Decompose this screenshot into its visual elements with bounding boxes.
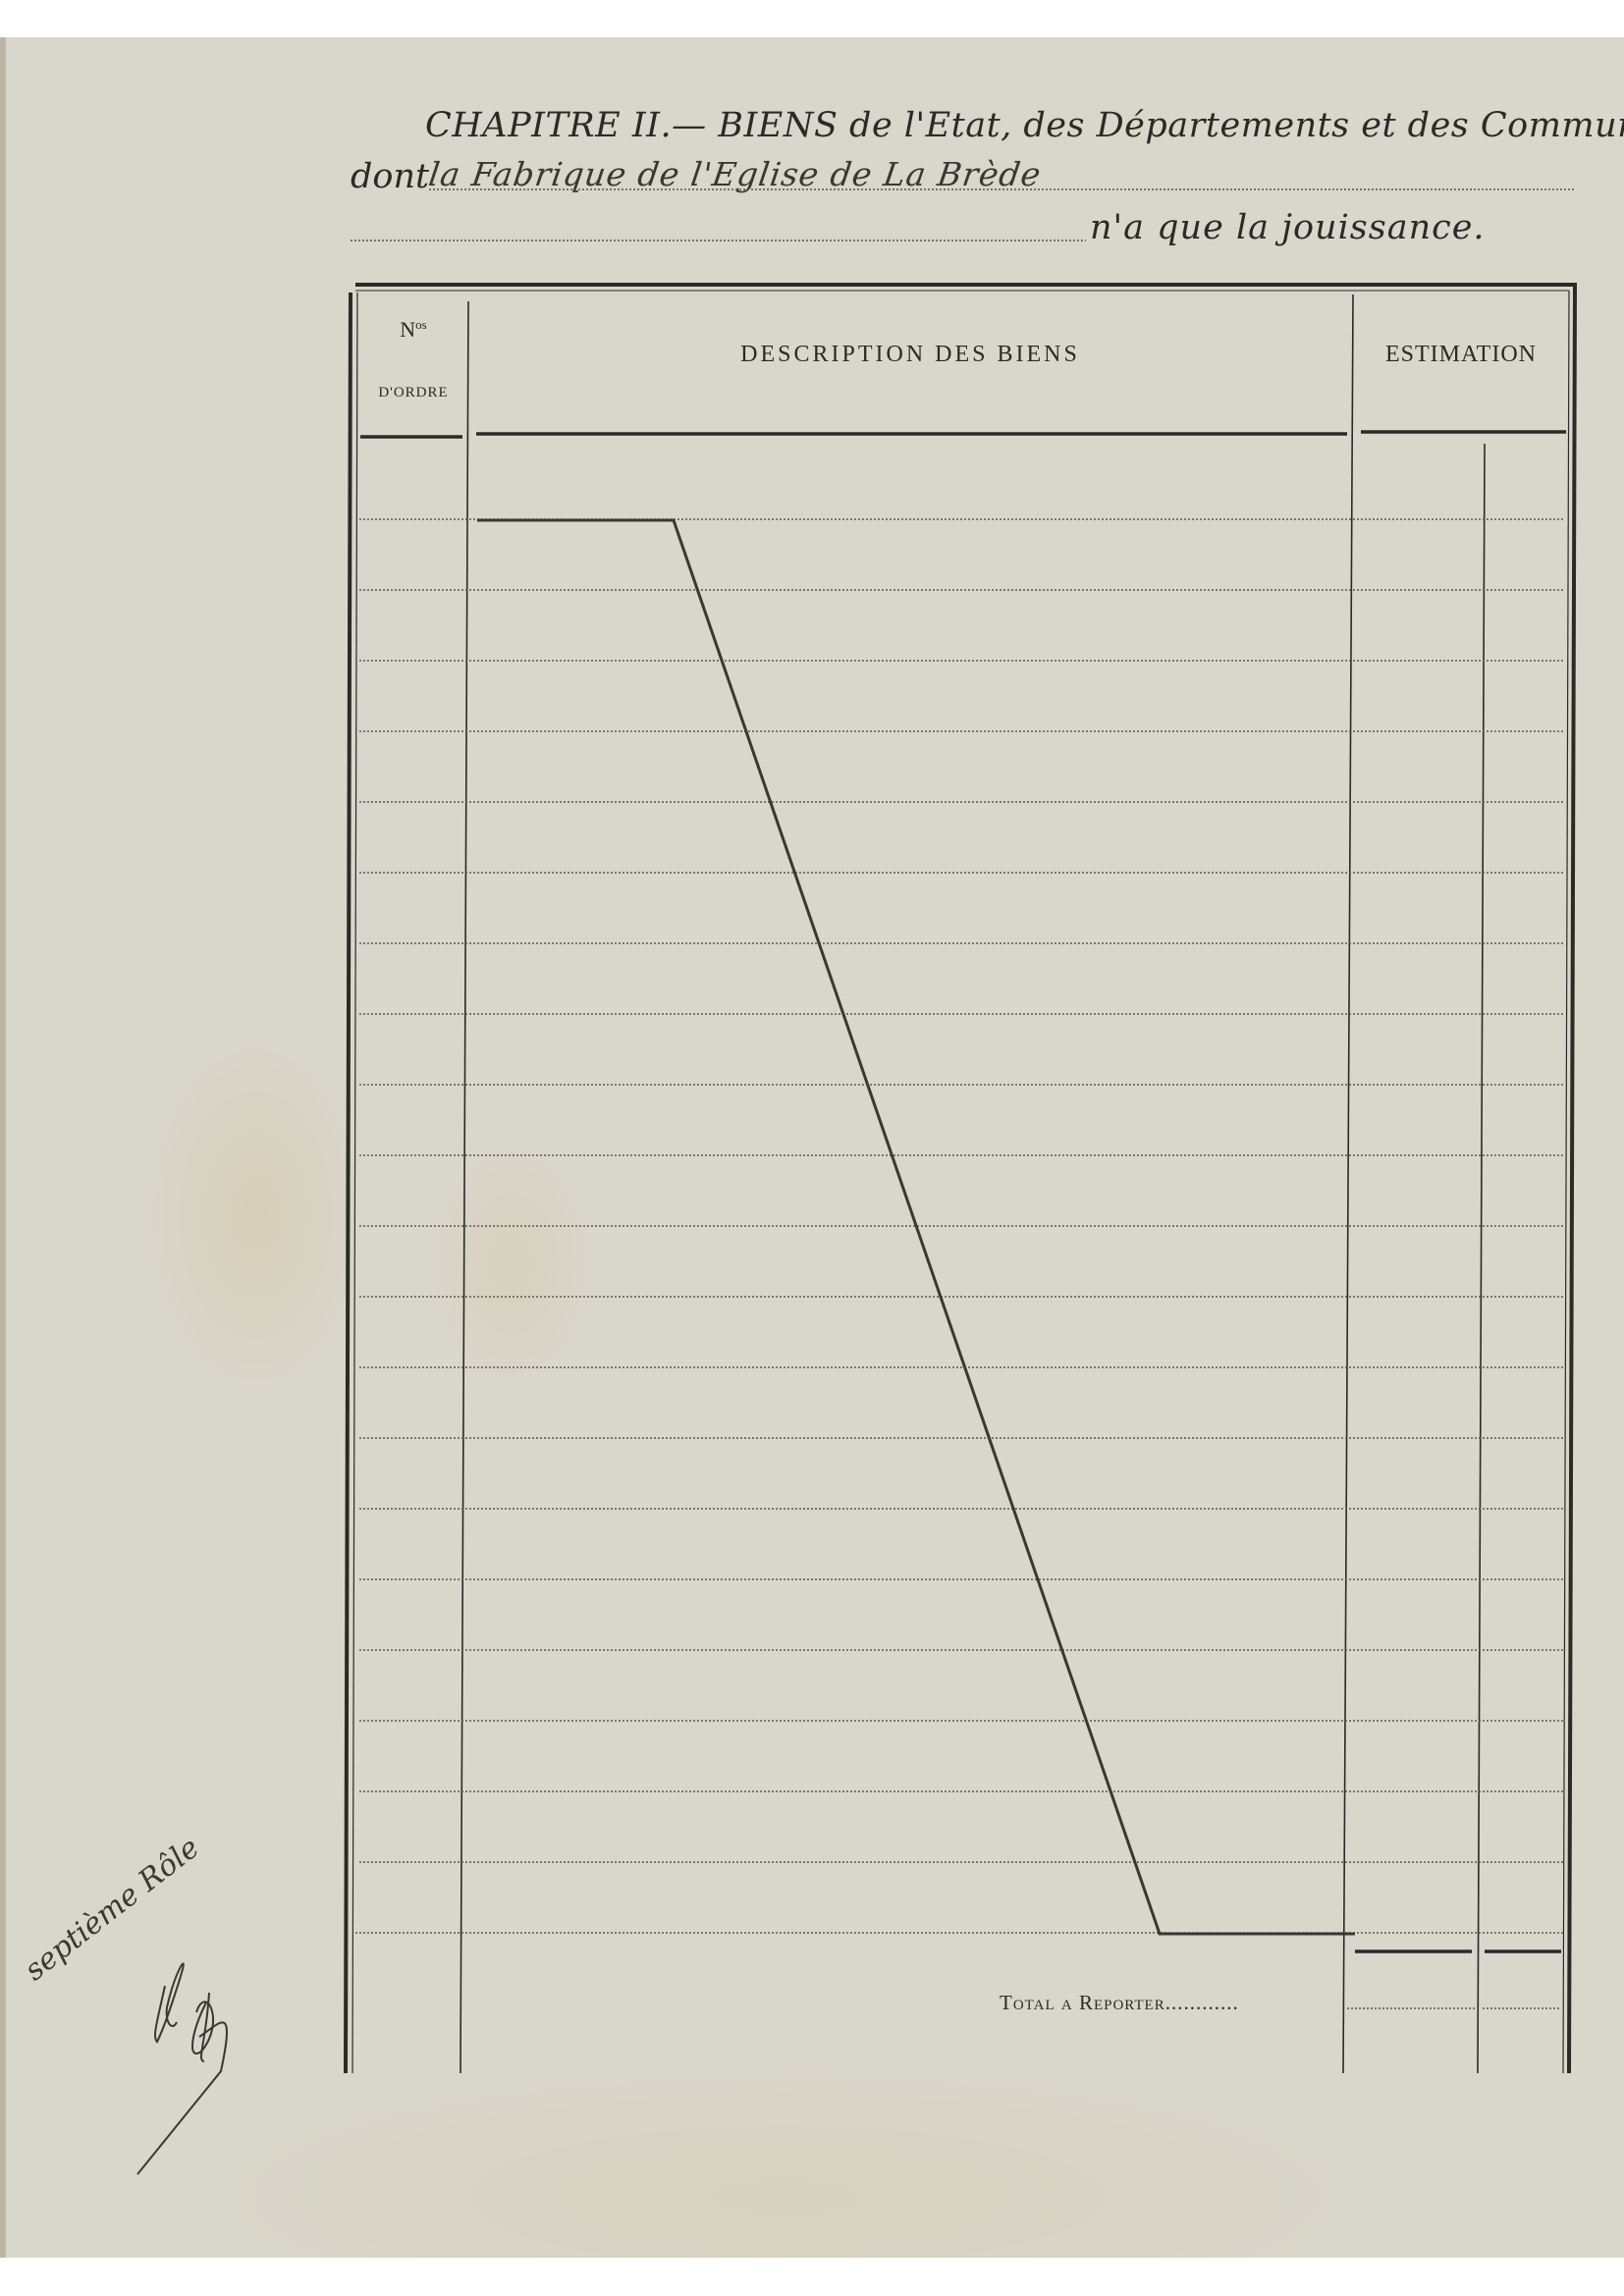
total-a-reporter-label: Total a Reporter............ (1000, 1991, 1239, 2015)
column-header-nos: Nos (358, 317, 468, 343)
column-header-dordre: D'ORDRE (358, 385, 468, 401)
column-header-estimation: ESTIMATION (1353, 342, 1569, 368)
column-header-description: DESCRIPTION DES BIENS (469, 342, 1351, 368)
